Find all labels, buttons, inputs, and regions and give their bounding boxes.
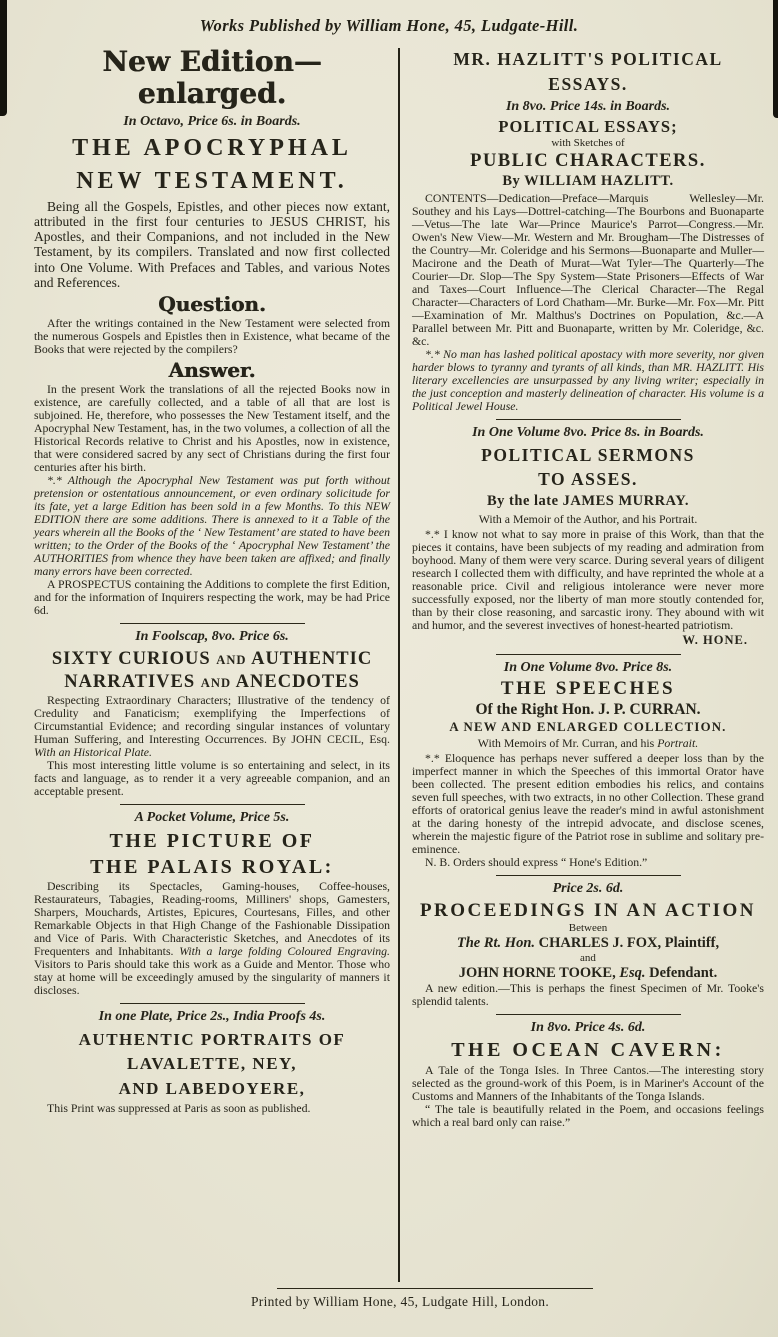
book-title-line: LAVALETTE, NEY, (34, 1052, 390, 1077)
editor-note: *.* I know not what to say more in prais… (412, 528, 764, 632)
author-byline: By the late JAMES MURRAY. (412, 493, 764, 510)
review-note: This most interesting little volume is s… (34, 759, 390, 798)
prospectus-note: A PROSPECTUS containing the Additions to… (34, 578, 390, 617)
book-title-line: PROCEEDINGS IN AN ACTION (412, 900, 764, 922)
section-rule (120, 1003, 305, 1004)
book-title-line: POLITICAL ESSAYS; (412, 117, 764, 137)
editor-note: *.* Eloquence has perhaps never suffered… (412, 752, 764, 856)
section-rule (496, 654, 681, 655)
review-quote: “ The tale is beautifully related in the… (412, 1103, 764, 1129)
price-line: A Pocket Volume, Price 5s. (34, 809, 390, 827)
answer-heading: Answer. (34, 358, 390, 382)
right-column: MR. HAZLITT'S POLITICAL ESSAYS. In 8vo. … (412, 46, 764, 1129)
ad-proceedings-action: Price 2s. 6d. PROCEEDINGS IN AN ACTION B… (412, 880, 764, 1008)
section-rule (496, 875, 681, 876)
price-line: In one Plate, Price 2s., India Proofs 4s… (34, 1008, 390, 1026)
book-advert-page: Works Published by William Hone, 45, Lud… (0, 0, 778, 1337)
book-title-line: THE OCEAN CAVERN: (412, 1039, 764, 1062)
ad-political-sermons: In One Volume 8vo. Price 8s. in Boards. … (412, 424, 764, 648)
section-rule (496, 1014, 681, 1015)
book-description: A Tale of the Tonga Isles. In Three Cant… (412, 1064, 764, 1103)
between-line: Between (412, 922, 764, 935)
book-title-line: AND LABEDOYERE, (34, 1077, 390, 1102)
price-line: Price 2s. 6d. (412, 880, 764, 898)
ad-sixty-narratives: In Foolscap, 8vo. Price 6s. SIXTY CURIOU… (34, 628, 390, 798)
price-line: In Octavo, Price 6s. in Boards. (34, 113, 390, 131)
page-header: Works Published by William Hone, 45, Lud… (0, 16, 778, 36)
book-title-line: POLITICAL SERMONS (412, 444, 764, 468)
contents-list: CONTENTS—Dedication—Preface—Marquis Well… (412, 192, 764, 348)
author-byline: By WILLIAM HAZLITT. (412, 173, 764, 190)
book-title-line: THE SPEECHES (412, 678, 764, 700)
subtitle-line: with Sketches of (412, 137, 764, 150)
edition-note: New Edition—enlarged. (34, 46, 390, 110)
book-title-line: TO ASSES. (412, 468, 764, 492)
ad-curran-speeches: In One Volume 8vo. Price 8s. THE SPEECHE… (412, 659, 764, 870)
defendant-line: JOHN HORNE TOOKE, Esq. Defendant. (412, 965, 764, 982)
answer-text: In the present Work the translations of … (34, 383, 390, 474)
book-title-line: SIXTY CURIOUS AND AUTHENTIC (34, 648, 390, 671)
column-divider (398, 48, 400, 1282)
section-rule (120, 623, 305, 624)
book-description: Describing its Spectacles, Gaming-houses… (34, 880, 390, 997)
ad-authentic-portraits: In one Plate, Price 2s., India Proofs 4s… (34, 1008, 390, 1114)
book-title-line: PUBLIC CHARACTERS. (412, 151, 764, 172)
memoir-note: With Memoirs of Mr. Curran, and his Port… (412, 736, 764, 751)
ad-hazlitt-political-essays: MR. HAZLITT'S POLITICAL ESSAYS. In 8vo. … (412, 48, 764, 413)
price-line: In 8vo. Price 4s. 6d. (412, 1019, 764, 1037)
book-title-line: THE PALAIS ROYAL: (34, 854, 390, 880)
book-title-line: THE APOCRYPHAL (34, 133, 390, 163)
book-title-line: THE PICTURE OF (34, 828, 390, 854)
book-description: Respecting Extraordinary Characters; Ill… (34, 694, 390, 759)
price-line: In 8vo. Price 14s. in Boards. (412, 98, 764, 116)
memoir-note: With a Memoir of the Author, and his Por… (412, 512, 764, 527)
book-header-line: ESSAYS. (412, 73, 764, 96)
price-line: In Foolscap, 8vo. Price 6s. (34, 628, 390, 646)
signature: W. HONE. (412, 633, 764, 648)
imprint: Printed by William Hone, 45, Ludgate Hil… (30, 1294, 770, 1310)
edition-note: A new edition.—This is perhaps the fines… (412, 982, 764, 1008)
ad-apocryphal-new-testament: New Edition—enlarged. In Octavo, Price 6… (34, 46, 390, 617)
question-text: After the writings contained in the New … (34, 317, 390, 356)
book-header-line: MR. HAZLITT'S POLITICAL (412, 48, 764, 71)
book-description: Being all the Gospels, Epistles, and oth… (34, 199, 390, 290)
price-line: In One Volume 8vo. Price 8s. in Boards. (412, 424, 764, 442)
book-title-line: Of the Right Hon. J. P. CURRAN. (412, 701, 764, 719)
collection-line: A NEW AND ENLARGED COLLECTION. (412, 720, 764, 735)
section-rule (496, 419, 681, 420)
price-line: In One Volume 8vo. Price 8s. (412, 659, 764, 677)
book-title-line: NARRATIVES AND ANECDOTES (34, 671, 390, 694)
ad-ocean-cavern: In 8vo. Price 4s. 6d. THE OCEAN CAVERN: … (412, 1019, 764, 1129)
question-heading: Question. (34, 292, 390, 316)
suppression-note: This Print was suppressed at Paris as so… (34, 1102, 390, 1115)
ad-palais-royal: A Pocket Volume, Price 5s. THE PICTURE O… (34, 809, 390, 998)
section-rule (120, 804, 305, 805)
footer-rule (277, 1288, 593, 1289)
plaintiff-line: The Rt. Hon. CHARLES J. FOX, Plaintiff, (412, 935, 764, 952)
left-column: New Edition—enlarged. In Octavo, Price 6… (34, 46, 390, 1115)
book-title-line: AUTHENTIC PORTRAITS OF (34, 1028, 390, 1053)
nb-orders-note: N. B. Orders should express “ Hone's Edi… (412, 856, 764, 869)
publisher-note: *.* Although the Apocryphal New Testamen… (34, 474, 390, 578)
and-line: and (412, 952, 764, 965)
review-note: *.* No man has lashed political apostacy… (412, 348, 764, 413)
book-title-line: NEW TESTAMENT. (34, 166, 390, 196)
